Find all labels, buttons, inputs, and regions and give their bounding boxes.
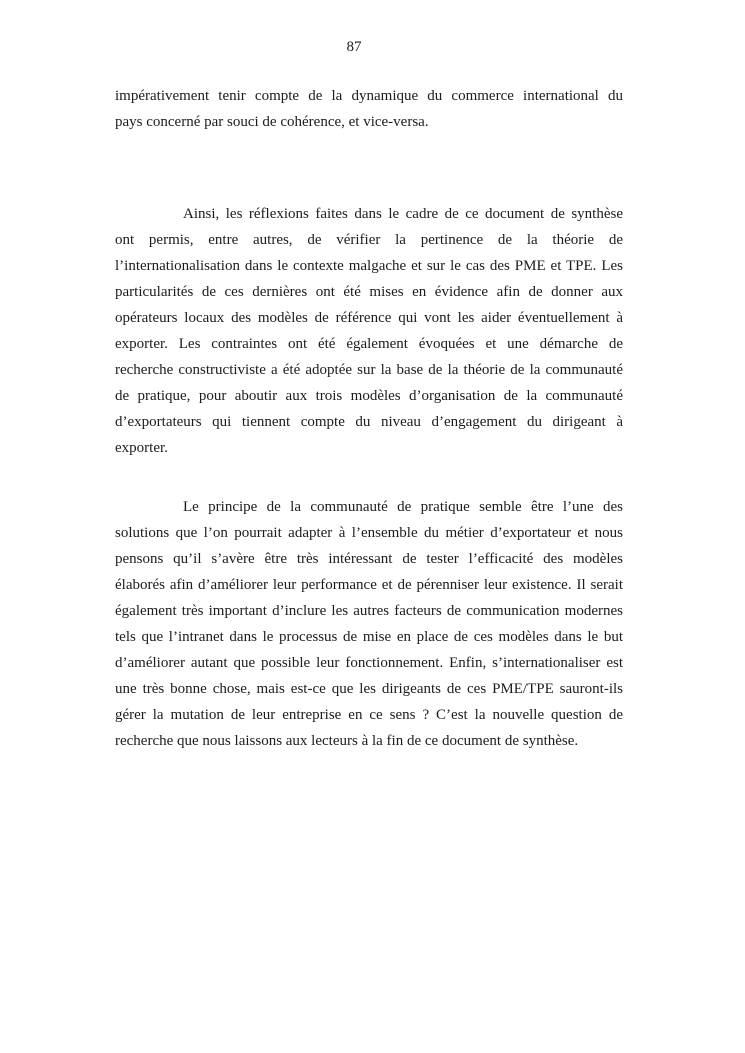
- paragraph-1: impérativement tenir compte de la dynami…: [115, 83, 623, 135]
- text-line: de pratique, pour aboutir aux trois modè…: [115, 383, 623, 409]
- text-line: d’améliorer autant que possible leur fon…: [115, 650, 623, 676]
- text-line: recherche que nous laissons aux lecteurs…: [115, 728, 623, 754]
- text-line: Ainsi, les réflexions faites dans le cad…: [115, 201, 623, 227]
- text-line: tels que l’intranet dans le processus de…: [115, 624, 623, 650]
- text-line: particularités de ces dernières ont été …: [115, 279, 623, 305]
- text-line: gérer la mutation de leur entreprise en …: [115, 702, 623, 728]
- text-line: recherche constructiviste a été adoptée …: [115, 357, 623, 383]
- document-body: impérativement tenir compte de la dynami…: [0, 0, 745, 1053]
- text-line: élaborés afin d’améliorer leur performan…: [115, 572, 623, 598]
- text-line: opérateurs locaux des modèles de référen…: [115, 305, 623, 331]
- paragraph-3: Le principe de la communauté de pratique…: [115, 494, 623, 754]
- text-line: impérativement tenir compte de la dynami…: [115, 83, 623, 109]
- document-page: 87 impérativement tenir compte de la dyn…: [0, 0, 745, 1053]
- text-line: également très important d’inclure les a…: [115, 598, 623, 624]
- text-line: exporter. Les contraintes ont été égalem…: [115, 331, 623, 357]
- text-line: ont permis, entre autres, de vérifier la…: [115, 227, 623, 253]
- text-line: Le principe de la communauté de pratique…: [115, 494, 623, 520]
- text-line: pays concerné par souci de cohérence, et…: [115, 109, 623, 135]
- paragraph-2: Ainsi, les réflexions faites dans le cad…: [115, 201, 623, 461]
- text-line: l’internationalisation dans le contexte …: [115, 253, 623, 279]
- text-line: d’exportateurs qui tiennent compte du ni…: [115, 409, 623, 435]
- text-line: exporter.: [115, 435, 623, 461]
- text-line: pensons qu’il s’avère être très intéress…: [115, 546, 623, 572]
- text-line: une très bonne chose, mais est-ce que le…: [115, 676, 623, 702]
- text-line: solutions que l’on pourrait adapter à l’…: [115, 520, 623, 546]
